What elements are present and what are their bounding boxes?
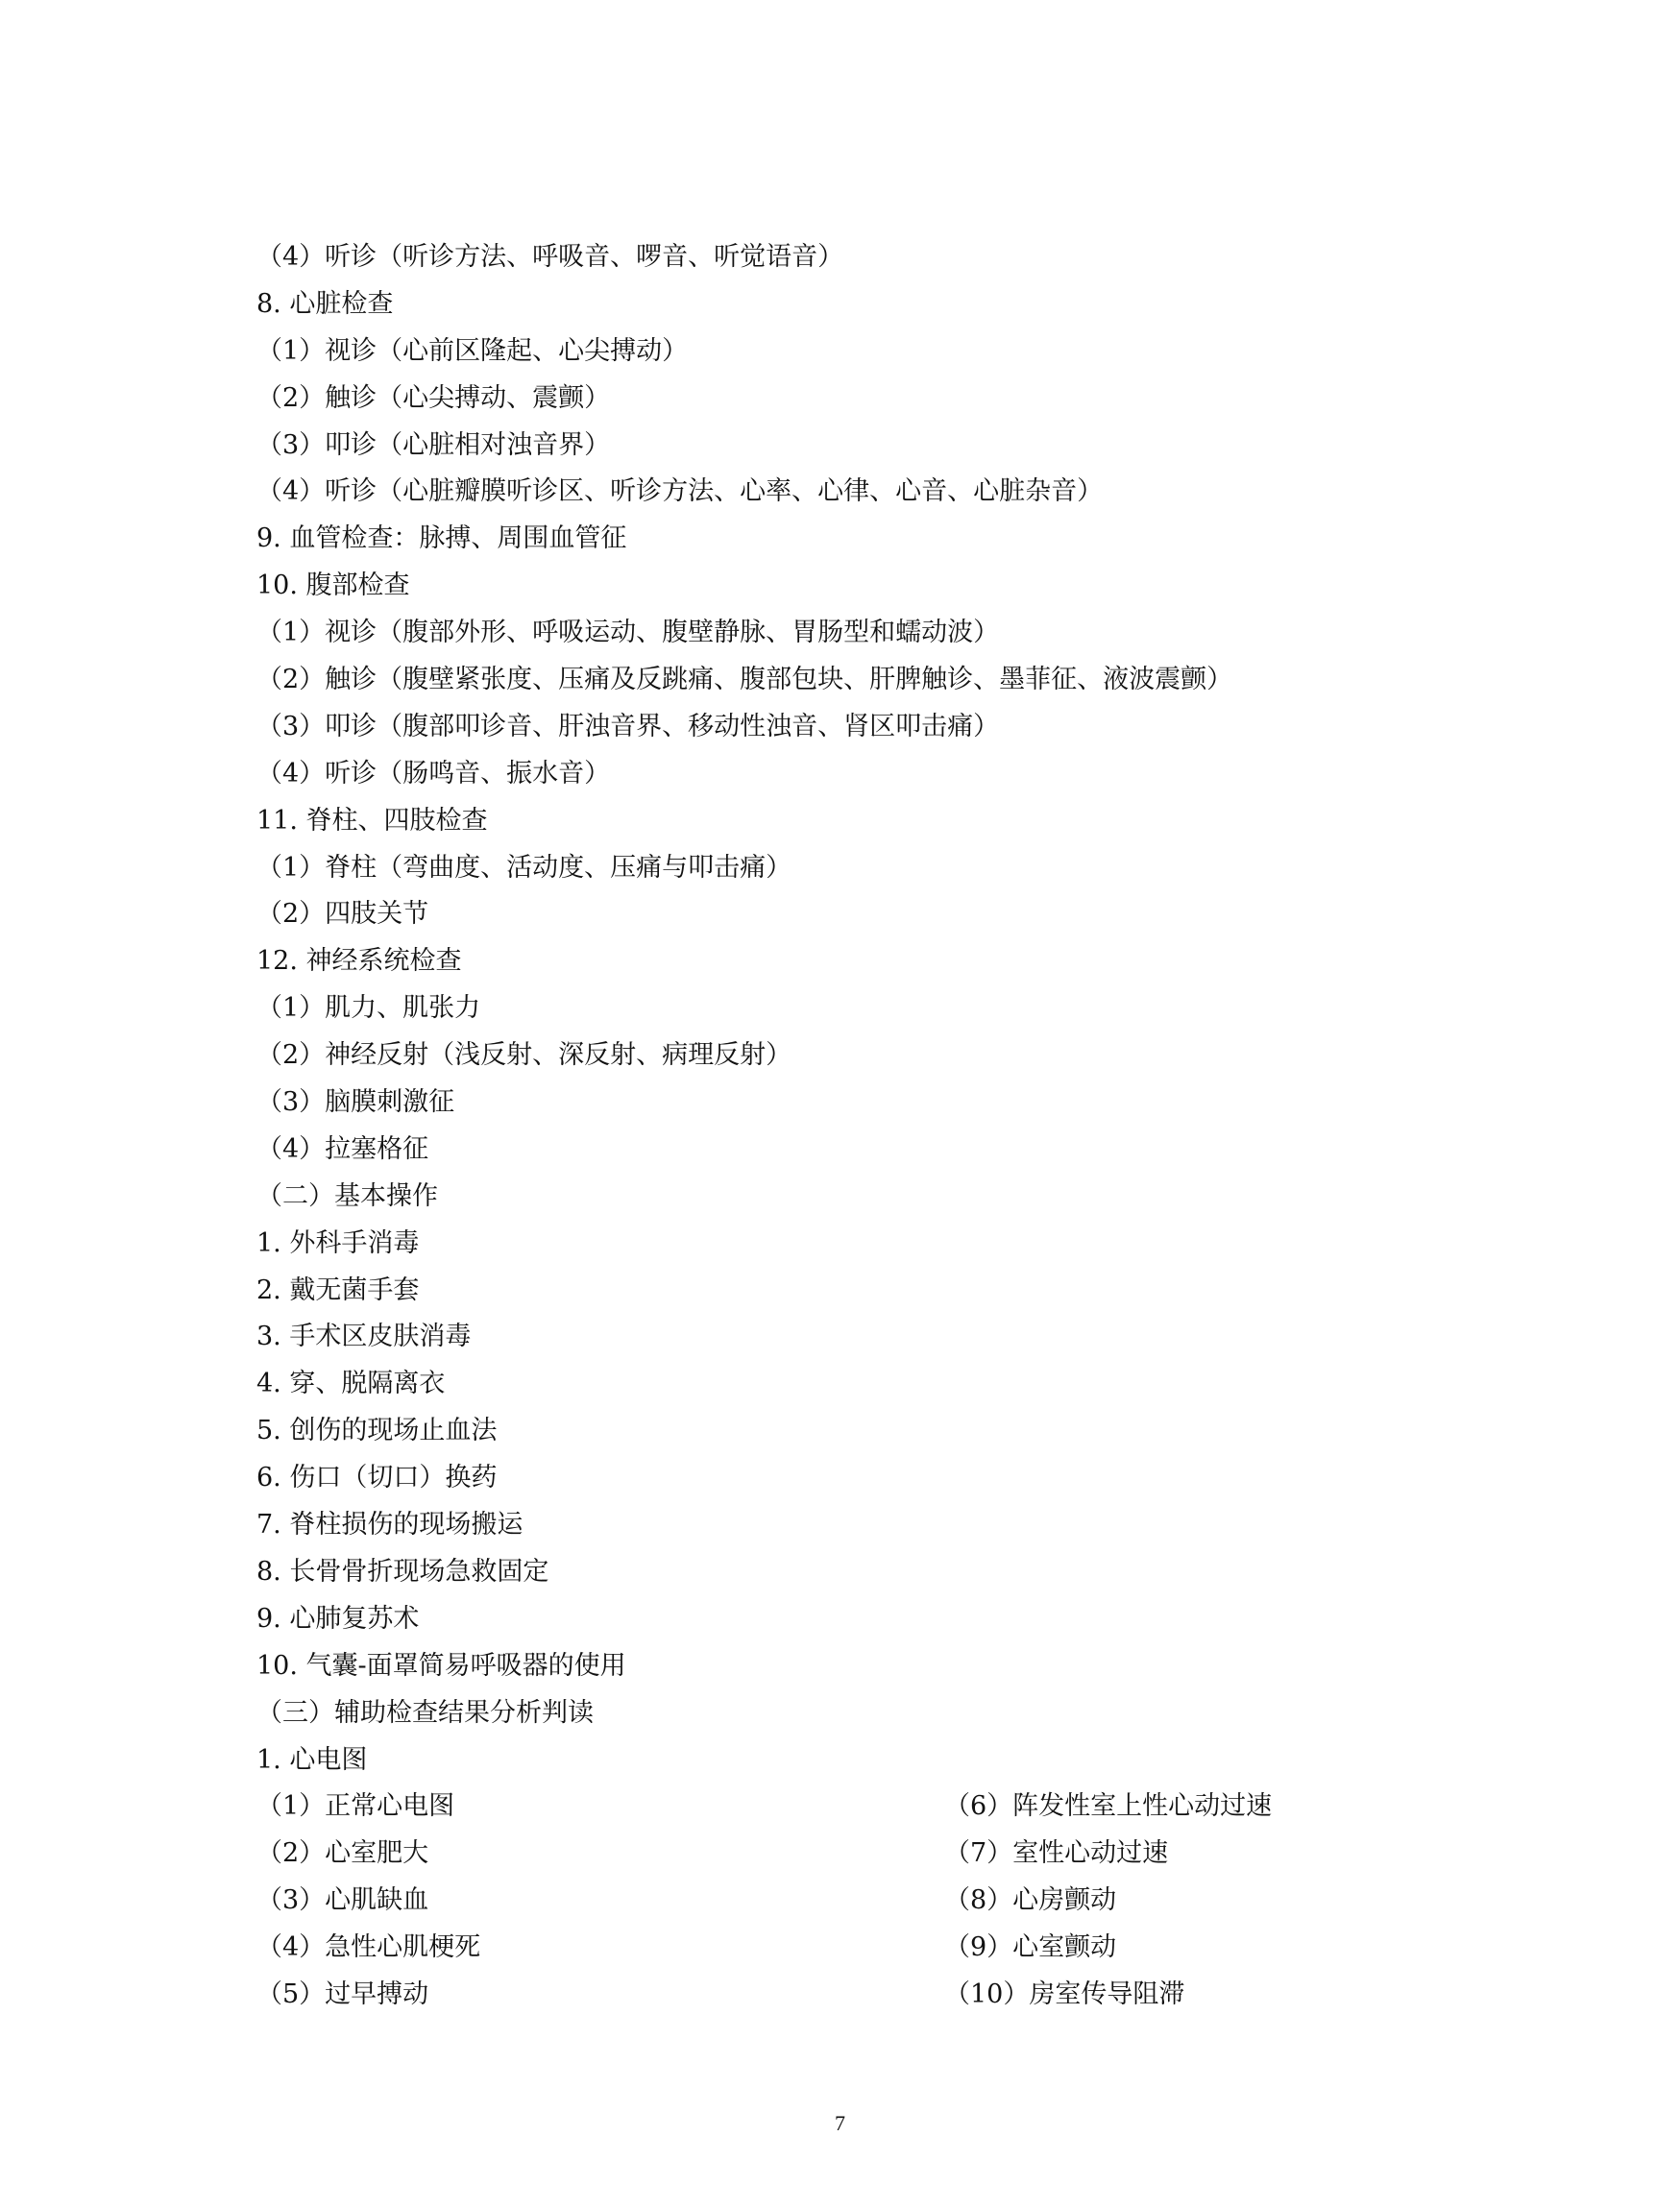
outline-line: 8. 长骨骨折现场急救固定 bbox=[256, 1549, 1505, 1596]
section-heading: 10. 腹部检查 bbox=[256, 563, 1505, 610]
outline-line: （2）触诊（腹壁紧张度、压痛及反跳痛、腹部包块、肝脾触诊、墨菲征、液波震颤） bbox=[256, 657, 1505, 704]
ecg-row: （5）过早搏动 （10）房室传导阻滞 bbox=[256, 1972, 1505, 2019]
outline-line: （2）四肢关节 bbox=[256, 891, 1505, 938]
outline-line: （1）脊柱（弯曲度、活动度、压痛与叩击痛） bbox=[256, 845, 1505, 892]
outline-line: （3）脑膜刺激征 bbox=[256, 1080, 1505, 1127]
chapter-heading: （二）基本操作 bbox=[256, 1174, 1505, 1221]
outline-line: 4. 穿、脱隔离衣 bbox=[256, 1361, 1505, 1408]
ecg-item: （2）心室肥大 bbox=[256, 1831, 428, 1878]
outline-line: 9. 心肺复苏术 bbox=[256, 1596, 1505, 1643]
ecg-row: （1）正常心电图 （6）阵发性室上性心动过速 bbox=[256, 1784, 1505, 1831]
section-heading: 12. 神经系统检查 bbox=[256, 938, 1505, 985]
outline-line: （4）听诊（心脏瓣膜听诊区、听诊方法、心率、心律、心音、心脏杂音） bbox=[256, 469, 1505, 516]
section-heading: 8. 心脏检查 bbox=[256, 281, 1505, 328]
ecg-item: （8）心房颤动 bbox=[944, 1878, 1116, 1925]
outline-line: （3）叩诊（腹部叩诊音、肝浊音界、移动性浊音、肾区叩击痛） bbox=[256, 704, 1505, 751]
outline-line: （3）叩诊（心脏相对浊音界） bbox=[256, 423, 1505, 470]
ecg-item: （1）正常心电图 bbox=[256, 1784, 454, 1831]
page-number: 7 bbox=[0, 2111, 1680, 2136]
section-heading: 11. 脊柱、四肢检查 bbox=[256, 798, 1505, 845]
section-heading: 1. 心电图 bbox=[256, 1737, 1505, 1784]
outline-line: 10. 气囊-面罩简易呼吸器的使用 bbox=[256, 1643, 1505, 1690]
ecg-item: （9）心室颤动 bbox=[944, 1925, 1116, 1972]
document-body: （4）听诊（听诊方法、呼吸音、啰音、听觉语音） 8. 心脏检查 （1）视诊（心前… bbox=[256, 234, 1505, 2019]
ecg-item: （5）过早搏动 bbox=[256, 1972, 428, 2019]
outline-line: 3. 手术区皮肤消毒 bbox=[256, 1314, 1505, 1361]
chapter-heading: （三）辅助检查结果分析判读 bbox=[256, 1690, 1505, 1737]
ecg-item: （10）房室传导阻滞 bbox=[944, 1972, 1184, 2019]
ecg-item: （3）心肌缺血 bbox=[256, 1878, 428, 1925]
outline-line: （1）视诊（腹部外形、呼吸运动、腹壁静脉、胃肠型和蠕动波） bbox=[256, 610, 1505, 657]
outline-line: 2. 戴无菌手套 bbox=[256, 1268, 1505, 1315]
section-heading: 9. 血管检查：脉搏、周围血管征 bbox=[256, 516, 1505, 563]
ecg-row: （4）急性心肌梗死 （9）心室颤动 bbox=[256, 1925, 1505, 1972]
ecg-item: （7）室性心动过速 bbox=[944, 1831, 1168, 1878]
outline-line: 5. 创伤的现场止血法 bbox=[256, 1408, 1505, 1455]
ecg-items-two-column: （1）正常心电图 （6）阵发性室上性心动过速 （2）心室肥大 （7）室性心动过速… bbox=[256, 1784, 1505, 2018]
outline-line: （4）听诊（肠鸣音、振水音） bbox=[256, 751, 1505, 798]
ecg-item: （4）急性心肌梗死 bbox=[256, 1925, 480, 1972]
outline-line: （4）拉塞格征 bbox=[256, 1127, 1505, 1174]
outline-line: 6. 伤口（切口）换药 bbox=[256, 1455, 1505, 1502]
outline-line: （4）听诊（听诊方法、呼吸音、啰音、听觉语音） bbox=[256, 234, 1505, 281]
outline-line: 7. 脊柱损伤的现场搬运 bbox=[256, 1502, 1505, 1549]
outline-line: 1. 外科手消毒 bbox=[256, 1221, 1505, 1268]
outline-line: （2）神经反射（浅反射、深反射、病理反射） bbox=[256, 1032, 1505, 1080]
ecg-item: （6）阵发性室上性心动过速 bbox=[944, 1784, 1272, 1831]
outline-line: （1）视诊（心前区隆起、心尖搏动） bbox=[256, 328, 1505, 376]
ecg-row: （2）心室肥大 （7）室性心动过速 bbox=[256, 1831, 1505, 1878]
outline-line: （1）肌力、肌张力 bbox=[256, 985, 1505, 1032]
ecg-row: （3）心肌缺血 （8）心房颤动 bbox=[256, 1878, 1505, 1925]
outline-line: （2）触诊（心尖搏动、震颤） bbox=[256, 376, 1505, 423]
